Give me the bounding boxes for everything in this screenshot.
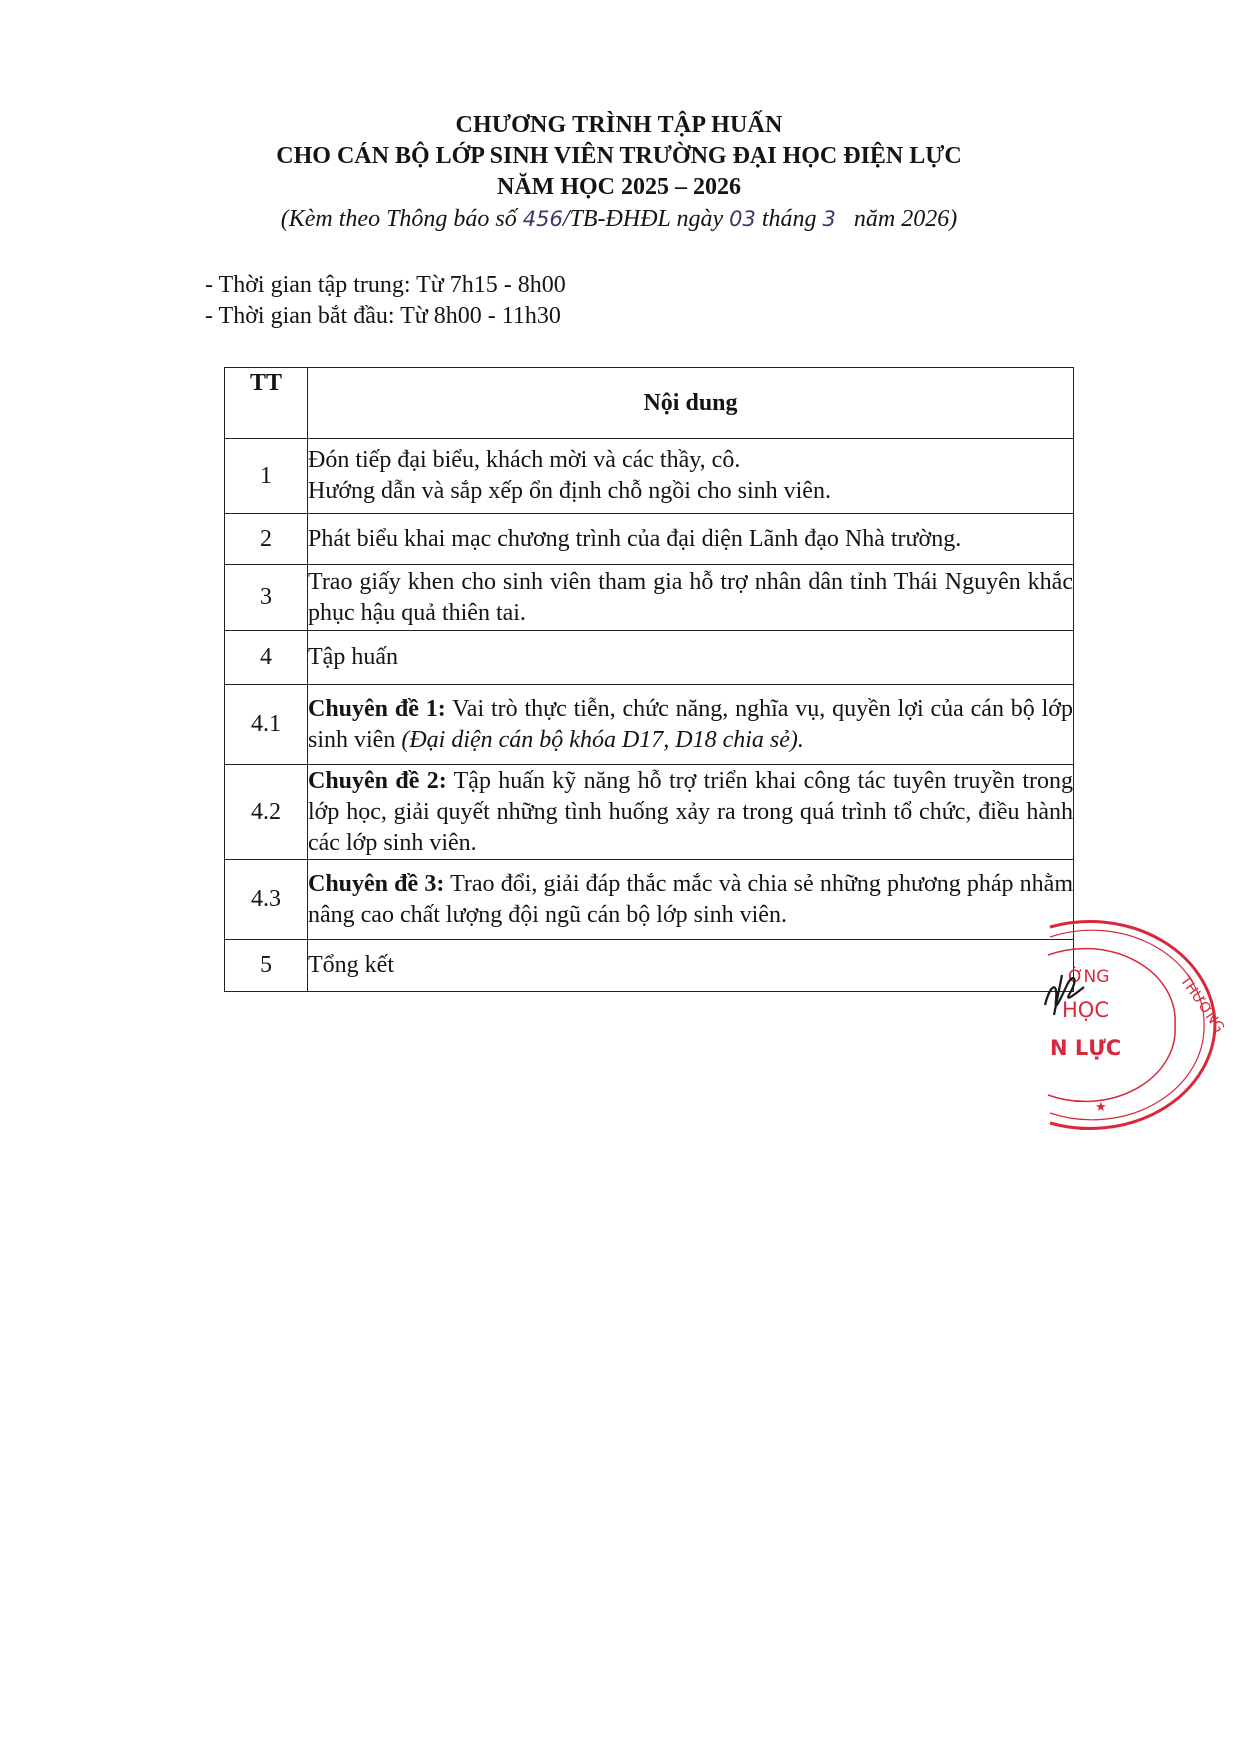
row-number: 4.1: [225, 685, 308, 765]
signature-mark: [1040, 965, 1100, 1025]
subtitle-prefix: (Kèm theo Thông báo số: [281, 206, 523, 232]
info-start-time: - Thời gian bắt đầu: Từ 8h00 - 11h30: [205, 303, 561, 330]
row-content: Tập huấn: [308, 631, 1074, 685]
subtitle-reference: (Kèm theo Thông báo số 456/TB-ĐHĐL ngày …: [0, 206, 1238, 233]
handwritten-number: 456: [523, 207, 563, 231]
row-number: 4.3: [225, 860, 308, 940]
topic-label: Chuyên đề 2:: [308, 768, 447, 794]
stamp-arc-text: THƯƠNG: [1176, 972, 1227, 1035]
row-content: Chuyên đề 1: Vai trò thực tiễn, chức năn…: [308, 685, 1074, 765]
table-row: 4 Tập huấn: [225, 631, 1074, 685]
row-number: 3: [225, 565, 308, 631]
row-content: Tổng kết: [308, 940, 1074, 992]
table-row: 1 Đón tiếp đại biểu, khách mời và các th…: [225, 439, 1074, 514]
star-icon: ★: [1095, 1100, 1107, 1115]
row-content: Đón tiếp đại biểu, khách mời và các thầy…: [308, 439, 1074, 514]
topic-note: (Đại diện cán bộ khóa D17, D18 chia sẻ).: [401, 727, 804, 753]
row-content-line: Hướng dẫn và sắp xếp ổn định chỗ ngồi ch…: [308, 476, 1073, 507]
program-table: TT Nội dung 1 Đón tiếp đại biểu, khách m…: [224, 367, 1074, 992]
topic-label: Chuyên đề 1:: [308, 696, 446, 722]
table-row: 4.1 Chuyên đề 1: Vai trò thực tiễn, chức…: [225, 685, 1074, 765]
table-row: 2 Phát biểu khai mạc chương trình của đạ…: [225, 514, 1074, 565]
handwritten-day: 03: [729, 207, 756, 231]
title-line-2: CHO CÁN BỘ LỚP SINH VIÊN TRƯỜNG ĐẠI HỌC …: [0, 143, 1238, 170]
row-content: Trao giấy khen cho sinh viên tham gia hỗ…: [308, 565, 1074, 631]
topic-label: Chuyên đề 3:: [308, 871, 444, 897]
table-row: 5 Tổng kết: [225, 940, 1074, 992]
subtitle-suffix: năm 2026): [836, 206, 957, 232]
row-number: 5: [225, 940, 308, 992]
subtitle-mid2: tháng: [756, 206, 823, 232]
row-content: Phát biểu khai mạc chương trình của đại …: [308, 514, 1074, 565]
row-number: 4: [225, 631, 308, 685]
table-header-row: TT Nội dung: [225, 368, 1074, 439]
table-row: 3 Trao giấy khen cho sinh viên tham gia …: [225, 565, 1074, 631]
row-content: Chuyên đề 2: Tập huấn kỹ năng hỗ trợ tri…: [308, 765, 1074, 860]
row-content: Chuyên đề 3: Trao đổi, giải đáp thắc mắc…: [308, 860, 1074, 940]
title-line-1: CHƯƠNG TRÌNH TẬP HUẤN: [0, 112, 1238, 139]
header-tt: TT: [225, 368, 308, 439]
row-number: 4.2: [225, 765, 308, 860]
row-number: 2: [225, 514, 308, 565]
stamp-line-3: N LỰC: [1050, 1036, 1121, 1060]
info-gathering-time: - Thời gian tập trung: Từ 7h15 - 8h00: [205, 272, 566, 299]
row-number: 1: [225, 439, 308, 514]
title-line-3: NĂM HỌC 2025 – 2026: [0, 174, 1238, 201]
table-row: 4.2 Chuyên đề 2: Tập huấn kỹ năng hỗ trợ…: [225, 765, 1074, 860]
row-content-line: Đón tiếp đại biểu, khách mời và các thầy…: [308, 445, 1073, 476]
subtitle-mid1: /TB-ĐHĐL ngày: [563, 206, 729, 232]
handwritten-month: 3: [823, 207, 836, 231]
header-content: Nội dung: [308, 368, 1074, 439]
table-row: 4.3 Chuyên đề 3: Trao đổi, giải đáp thắc…: [225, 860, 1074, 940]
